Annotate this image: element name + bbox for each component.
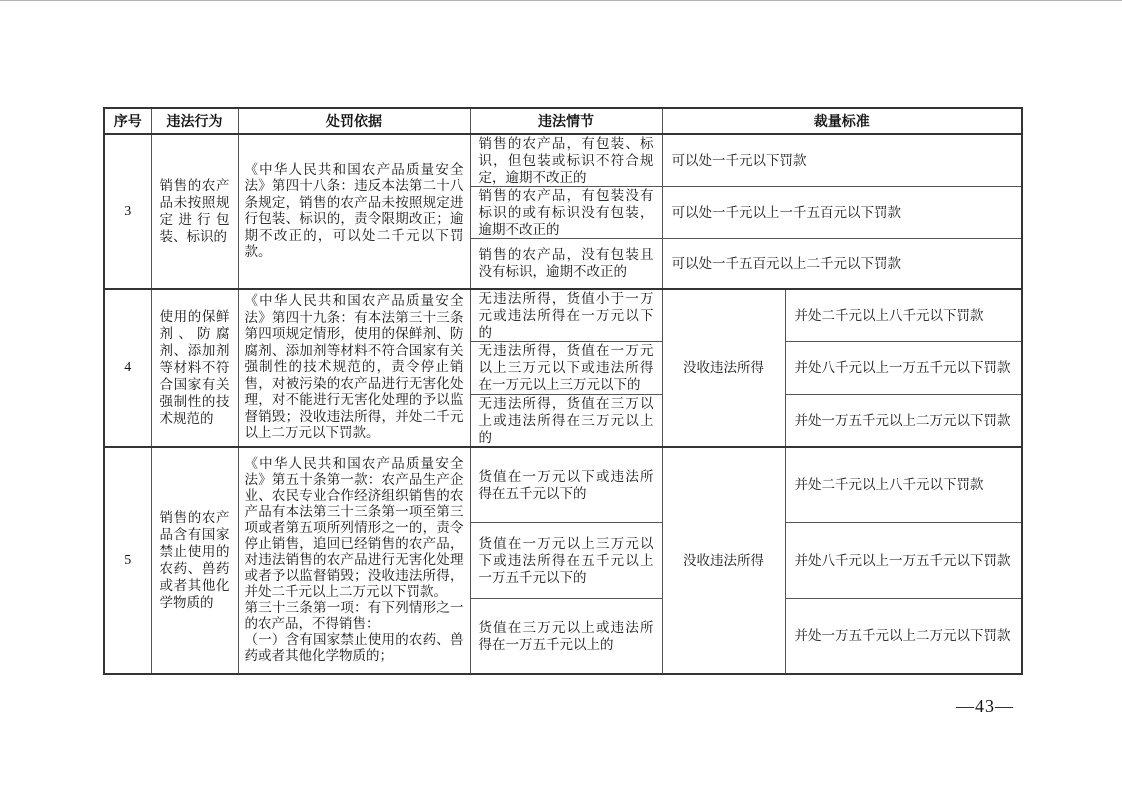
row3-behavior: 销售的农产品未按照规定进行包装、标识的 — [151, 134, 238, 289]
row3-circumstance-2: 销售的农产品，有包装没有标识的或有标识没有包装，逾期不改正的 — [470, 187, 662, 239]
col-header-circumstance: 违法情节 — [470, 108, 662, 134]
col-header-basis: 处罚依据 — [238, 108, 470, 134]
row5-circumstance-1: 货值在一万元以下或违法所得在五千元以下的 — [470, 447, 662, 523]
row4-standard-2: 并处八千元以上一万五千元以下罚款 — [785, 341, 1022, 394]
row4-circumstance-3: 无违法所得，货值在三万以上或违法所得在三万元以上的 — [470, 394, 662, 447]
row4-confiscation: 没收违法所得 — [662, 289, 785, 447]
row3-number: 3 — [104, 134, 151, 289]
row5-behavior: 销售的农产品含有国家禁止使用的农药、兽药或者其他化学物质的 — [151, 447, 238, 674]
row4-basis: 《中华人民共和国农产品质量安全法》第四十九条：有本法第三十三条第四项规定情形，使… — [238, 289, 470, 447]
row3-basis: 《中华人民共和国农产品质量安全法》第四十八条：违反本法第二十八条规定，销售的农产… — [238, 134, 470, 289]
row5-standard-3: 并处一万五千元以上二万元以下罚款 — [785, 599, 1022, 674]
table-row: 4 使用的保鲜剂、防腐剂、添加剂等材料不符合国家有关强制性的技术规范的 《中华人… — [104, 289, 1022, 342]
page-top-edge — [0, 0, 1122, 1]
row4-circumstance-2: 无违法所得，货值在一万元以上三万元以下或违法所得在一万元以上三万元以下的 — [470, 341, 662, 394]
row5-circumstance-2: 货值在一万元以上三万元以下或违法所得在五千元以上一万五千元以下的 — [470, 523, 662, 599]
row5-basis: 《中华人民共和国农产品质量安全法》第五十条第一款：农产品生产企业、农民专业合作经… — [238, 447, 470, 674]
col-header-behavior: 违法行为 — [151, 108, 238, 134]
col-header-no: 序号 — [104, 108, 151, 134]
page-number: —43— — [956, 695, 1014, 717]
penalty-discretion-table: 序号 违法行为 处罚依据 违法情节 裁量标准 3 销售的农产品未按照规定进行包装… — [103, 107, 1023, 675]
row5-standard-1: 并处二千元以上八千元以下罚款 — [785, 447, 1022, 523]
row3-standard-1: 可以处一千元以下罚款 — [662, 134, 1022, 187]
row4-circumstance-1: 无违法所得，货值小于一万元或违法所得在一万元以下的 — [470, 289, 662, 342]
row4-behavior: 使用的保鲜剂、防腐剂、添加剂等材料不符合国家有关强制性的技术规范的 — [151, 289, 238, 447]
row4-standard-1: 并处二千元以上八千元以下罚款 — [785, 289, 1022, 342]
table-row: 3 销售的农产品未按照规定进行包装、标识的 《中华人民共和国农产品质量安全法》第… — [104, 134, 1022, 187]
row3-standard-3: 可以处一千五百元以上二千元以下罚款 — [662, 239, 1022, 289]
table-header-row: 序号 违法行为 处罚依据 违法情节 裁量标准 — [104, 108, 1022, 134]
row5-number: 5 — [104, 447, 151, 674]
row3-circumstance-1: 销售的农产品，有包装、标识，但包装或标识不符合规定，逾期不改正的 — [470, 134, 662, 187]
row4-number: 4 — [104, 289, 151, 447]
row3-circumstance-3: 销售的农产品，没有包装且没有标识，逾期不改正的 — [470, 239, 662, 289]
row5-standard-2: 并处八千元以上一万五千元以下罚款 — [785, 523, 1022, 599]
row3-standard-2: 可以处一千元以上一千五百元以下罚款 — [662, 187, 1022, 239]
row5-circumstance-3: 货值在三万元以上或违法所得在一万五千元以上的 — [470, 599, 662, 674]
row5-confiscation: 没收违法所得 — [662, 447, 785, 674]
col-header-standard: 裁量标准 — [662, 108, 1022, 134]
table-row: 5 销售的农产品含有国家禁止使用的农药、兽药或者其他化学物质的 《中华人民共和国… — [104, 447, 1022, 523]
row4-standard-3: 并处一万五千元以上二万元以下罚款 — [785, 394, 1022, 447]
